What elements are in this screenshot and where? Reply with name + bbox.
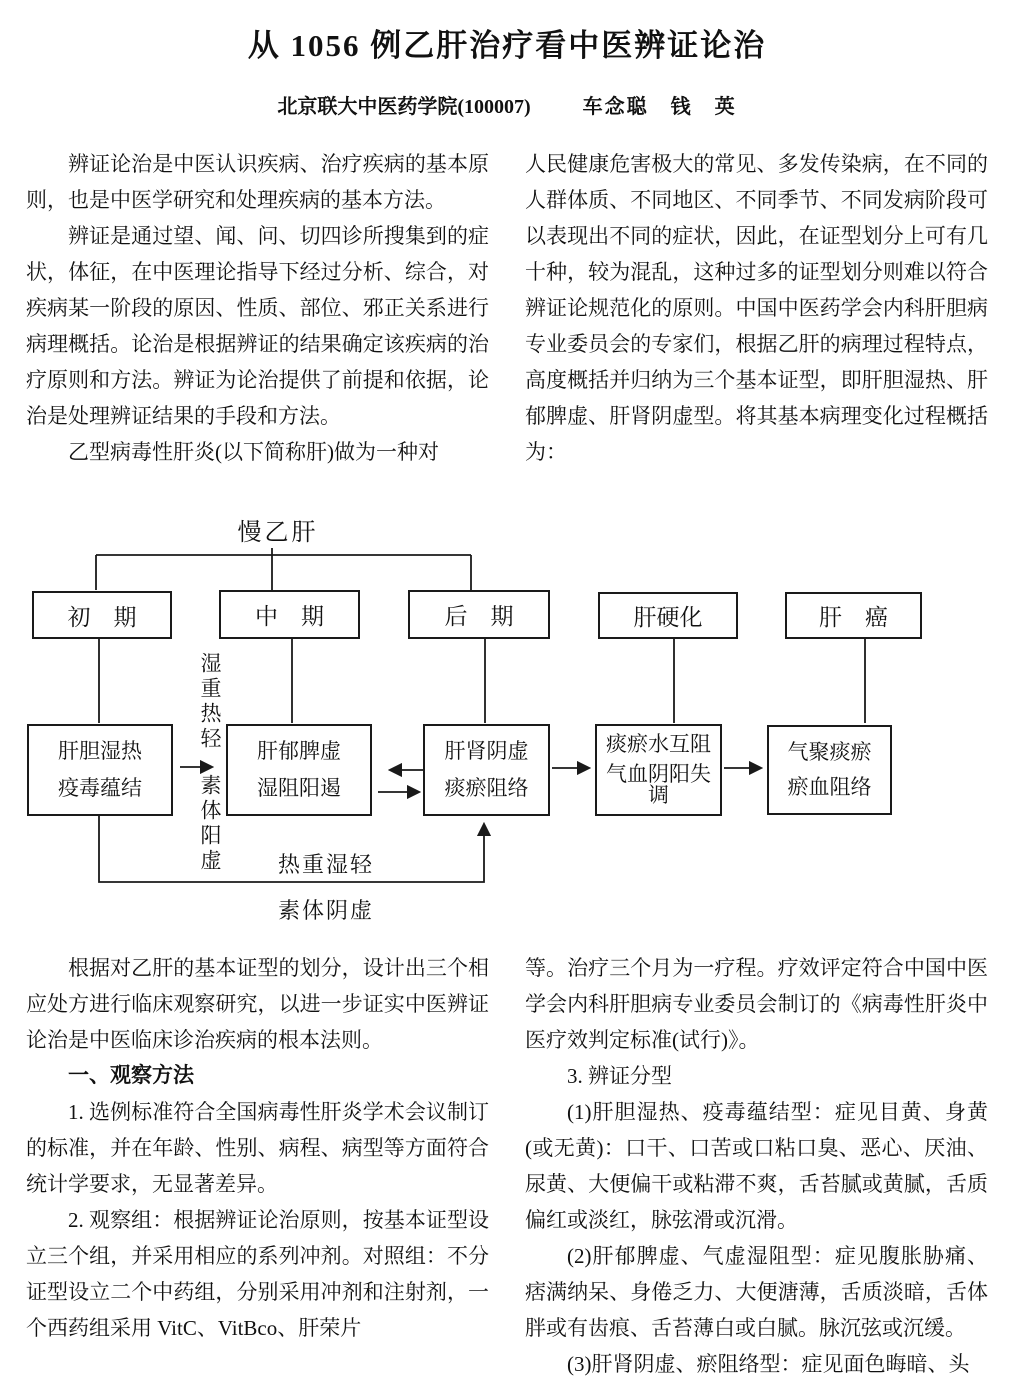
- syndrome-line: 肝郁脾虚: [257, 741, 341, 762]
- syndrome-line: 肝胆湿热: [58, 741, 142, 762]
- scanned-paper-page: 从 1056 例乙肝治疗看中医辨证论治 北京联大中医药学院(100007)车念聪…: [0, 0, 1014, 1384]
- paragraph: 人民健康危害极大的常见、多发传染病，在不同的人群体质、不同地区、不同季节、不同发…: [525, 146, 988, 470]
- paragraph: 辨证论治是中医认识疾病、治疗疾病的基本原则，也是中医学研究和处理疾病的基本方法。: [26, 146, 489, 218]
- syndrome-line: 疫毒蕴结: [58, 778, 142, 799]
- paragraph: 1. 选例标准符合全国病毒性肝炎学术会议制订的标准，并在年龄、性别、病程、病型等…: [26, 1094, 489, 1202]
- paragraph: (3)肝肾阴虚、瘀阻络型：症见面色晦暗、头: [525, 1346, 988, 1382]
- edge-label-heat-heavy: 热重湿轻: [270, 848, 382, 879]
- paragraph: 辨证是通过望、闻、问、切四诊所搜集到的症状，体征，在中医理论指导下经过分析、综合…: [26, 218, 489, 434]
- syndrome-box-kidney-yin-deficiency: 肝肾阴虚 痰瘀阻络: [423, 724, 550, 816]
- syndrome-box-qi-phlegm-stasis: 气聚痰瘀 瘀血阻络: [767, 725, 892, 815]
- byline: 北京联大中医药学院(100007)车念聪 钱 英: [0, 90, 1014, 119]
- stage-box-late: 后 期: [408, 590, 550, 639]
- syndrome-line: 气血阴阳失调: [597, 764, 720, 806]
- paragraph: (2)肝郁脾虚、气虚湿阻型：症见腹胀胁痛、痞满纳呆、身倦乏力、大便溏薄，舌质淡暗…: [525, 1238, 988, 1346]
- edge-label-damp-heavy: 湿重热轻: [195, 652, 225, 752]
- section-heading-observation-method: 一、观察方法: [26, 1058, 489, 1094]
- edge-label-yin-deficiency: 素体阴虚: [270, 894, 382, 925]
- intro-right-column: 人民健康危害极大的常见、多发传染病，在不同的人群体质、不同地区、不同季节、不同发…: [525, 146, 988, 470]
- stage-box-cirrhosis: 肝硬化: [598, 592, 738, 639]
- affiliation: 北京联大中医药学院(100007): [277, 96, 530, 118]
- paragraph: 乙型病毒性肝炎(以下简称肝)做为一种对: [26, 434, 489, 470]
- intro-left-column: 辨证论治是中医认识疾病、治疗疾病的基本原则，也是中医学研究和处理疾病的基本方法。…: [26, 146, 489, 470]
- syndrome-box-liver-stagnation: 肝郁脾虚 湿阻阳遏: [226, 724, 372, 816]
- body-left-column: 根据对乙肝的基本证型的划分，设计出三个相应处方进行临床观察研究，以进一步证实中医…: [26, 950, 489, 1382]
- stage-box-middle: 中 期: [219, 590, 360, 639]
- syndrome-line: 痰瘀阻络: [445, 778, 529, 799]
- syndrome-box-damp-heat: 肝胆湿热 疫毒蕴结: [27, 724, 173, 816]
- intro-columns: 辨证论治是中医认识疾病、治疗疾病的基本原则，也是中医学研究和处理疾病的基本方法。…: [26, 146, 988, 470]
- body-columns: 根据对乙肝的基本证型的划分，设计出三个相应处方进行临床观察研究，以进一步证实中医…: [26, 950, 988, 1382]
- paragraph: 等。治疗三个月为一疗程。疗效评定符合中国中医学会内科肝胆病专业委员会制订的《病毒…: [525, 950, 988, 1058]
- page-title: 从 1056 例乙肝治疗看中医辨证论治: [0, 20, 1014, 65]
- stage-box-liver-cancer: 肝 癌: [785, 592, 922, 639]
- syndrome-line: 肝肾阴虚: [445, 741, 529, 762]
- diagram-root-label: 慢乙肝: [228, 512, 328, 547]
- section-heading-syndrome-typing: 3. 辨证分型: [525, 1058, 988, 1094]
- paragraph: 根据对乙肝的基本证型的划分，设计出三个相应处方进行临床观察研究，以进一步证实中医…: [26, 950, 489, 1058]
- edge-label-yang-deficiency: 素体阳虚: [195, 774, 225, 874]
- syndrome-line: 痰瘀水互阻: [606, 734, 711, 755]
- paragraph: (1)肝胆湿热、疫毒蕴结型：症见目黄、身黄(或无黄)：口干、口苦或口粘口臭、恶心…: [525, 1094, 988, 1238]
- syndrome-line: 湿阻阳遏: [257, 778, 341, 799]
- stage-box-early: 初 期: [32, 591, 172, 639]
- paragraph: 2. 观察组：根据辨证论治原则，按基本证型设立三个组，并采用相应的系列冲剂。对照…: [26, 1202, 489, 1346]
- pathology-flow-diagram: 慢乙肝 初 期 中 期 后 期 肝硬化 肝 癌 肝胆湿热 疫毒蕴结 肝郁脾虚 湿…: [0, 506, 1014, 950]
- body-right-column: 等。治疗三个月为一疗程。疗效评定符合中国中医学会内科肝胆病专业委员会制订的《病毒…: [525, 950, 988, 1382]
- syndrome-box-phlegm-stasis-water: 痰瘀水互阻 气血阴阳失调: [595, 724, 722, 816]
- syndrome-line: 瘀血阻络: [788, 777, 872, 798]
- authors: 车念聪 钱 英: [583, 96, 737, 118]
- syndrome-line: 气聚痰瘀: [788, 742, 872, 763]
